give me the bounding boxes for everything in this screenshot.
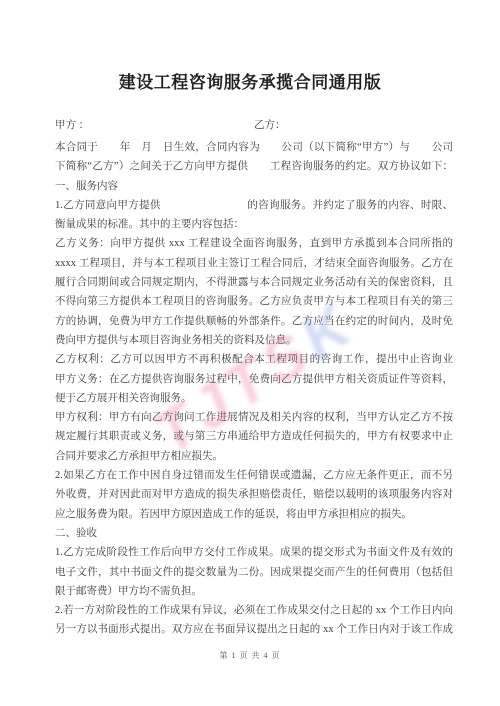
party-a-label: 甲方 ：	[55, 120, 89, 131]
body-line: 2.如果乙方在工作中因自身过错而发生任何错误或遗漏，乙方应无条件更正，而不另	[55, 466, 453, 485]
body-line: 另一方以书面形式提出。双方应在书面异议提出之日起的 xx 个工作日内对于该工作成	[55, 620, 453, 639]
body-line: 规定履行其职责或义务，或与第三方串通给甲方造成任何损失的，甲方有权要求中止	[55, 427, 453, 446]
page-footer: 第 1 页 共 4 页	[0, 650, 500, 661]
body-line: 方的协调，免费为甲方工作提供顺畅的外部条件。乙方应当在约定的时间内，及时免	[55, 312, 453, 331]
body-line: 甲方义务：在乙方提供咨询服务过程中，免费向乙方提供甲方相关资质证件等资料，	[55, 370, 453, 389]
document-page: 建设工程咨询服务承揽合同通用版 甲方 ： 乙方： 本合同于 年 月 日生效，合同…	[0, 0, 500, 706]
body-line: 应之服务费为限。若因甲方原因造成工作的延误，将由甲方承担相应的损失。	[55, 505, 453, 524]
body-line: 二、验收	[55, 524, 453, 543]
body-line: 电子文件，其中书面文件的提交数量为二份。因成果提交而产生的任何费用（包括但不	[55, 563, 453, 582]
party-b-label: 乙方：	[254, 116, 286, 135]
body-line: 下简称“乙方”）之间关于乙方向甲方提供 工程咨询服务的约定。双方协议如下：	[55, 157, 453, 176]
body-line: 2.若一方对阶段性的工作成果有异议，必须在工作成果交付之日起的 xx 个工作日内…	[55, 601, 453, 620]
contract-body: 本合同于 年 月 日生效，合同内容为 公司（以下简称“甲方”）与 公司（以下简称…	[55, 138, 453, 640]
body-line: 费向甲方提供与本项目咨询业务相关的资料及信息。	[55, 331, 453, 350]
body-line: 1.乙方同意向甲方提供 的咨询服务。并约定了服务的内容、时限、	[55, 196, 453, 215]
body-line: 外收费，并对因此而对甲方造成的损失承担赔偿责任，赔偿以载明的该项服务内容对	[55, 485, 453, 504]
body-line: 甲方权利：甲方有向乙方询问工作进展情况及相关内容的权利，当甲方认定乙方不按	[55, 408, 453, 427]
body-line: 不得向第三方提供本工程项目的咨询服务。乙方应负责甲方与本工程项目有关的第三	[55, 292, 453, 311]
body-line: 限于邮寄费）甲方均不需负担。	[55, 582, 453, 601]
body-line: 一、服务内容	[55, 177, 453, 196]
body-line: 本合同于 年 月 日生效，合同内容为 公司（以下简称“甲方”）与 公司（以	[55, 138, 453, 157]
parties-row: 甲方 ： 乙方：	[55, 116, 453, 135]
body-line: 衡量成果的标准。其中的主要内容包括：	[55, 215, 453, 234]
body-line: 乙方权利：乙方可以因甲方不再积极配合本工程项目的咨询工作，提出中止咨询业务。	[55, 350, 453, 369]
body-line: xxxx 工程项目，并与本工程项目业主签订工程合同后，才结束全面咨询服务。乙方在	[55, 254, 453, 273]
document-title: 建设工程咨询服务承揽合同通用版	[0, 68, 500, 93]
body-line: 合同并要求乙方承担甲方相应损失。	[55, 447, 453, 466]
body-line: 1.乙方完成阶段性工作后向甲方交付工作成果。成果的提交形式为书面文件及有效的	[55, 543, 453, 562]
body-line: 履行合同期间或合同规定期内，不得泄露与本合同规定业务活动有关的保密资料，且	[55, 273, 453, 292]
body-line: 乙方义务：向甲方提供 xxx 工程建设全面咨询服务，直到甲方承揽到本合同所指的	[55, 234, 453, 253]
page-indicator: 第 1 页 共 4 页	[220, 651, 281, 660]
body-line: 便于乙方展开相关咨询服务。	[55, 389, 453, 408]
